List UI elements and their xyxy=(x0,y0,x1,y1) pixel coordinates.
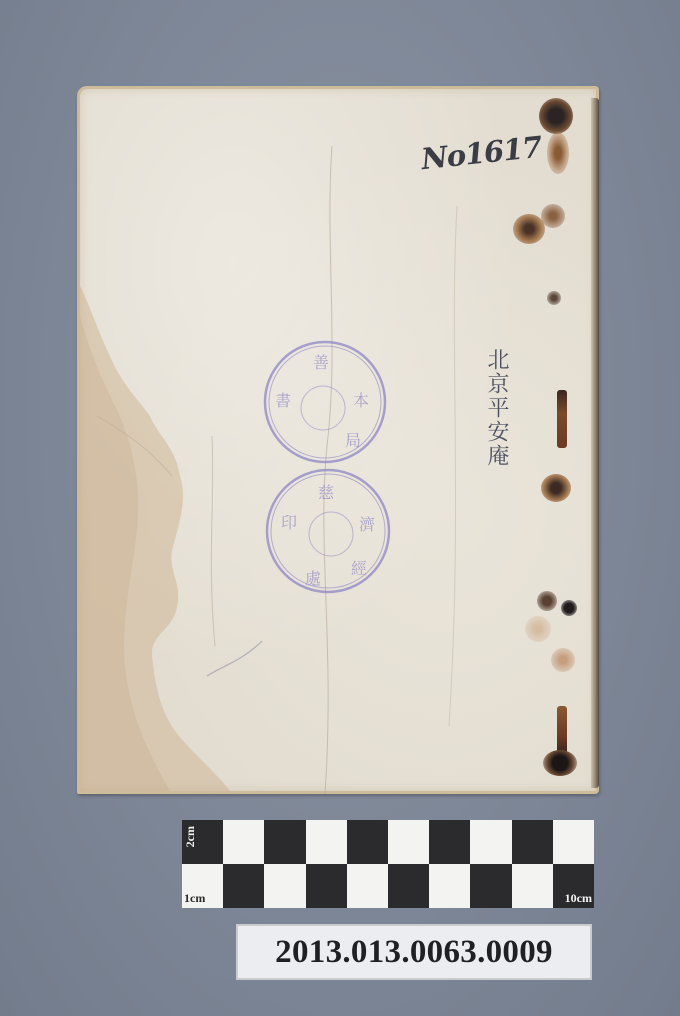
rust-spot xyxy=(513,214,545,244)
scale-label-1cm: 1cm xyxy=(184,891,205,906)
rust-spot xyxy=(541,474,571,502)
rust-spot xyxy=(537,591,557,611)
rust-spot xyxy=(539,98,573,134)
scale-checkerboard xyxy=(182,820,594,908)
rust-spot xyxy=(561,600,577,616)
rust-spot xyxy=(543,750,577,776)
lower-seal-stamp: 慈 濟 印 經 處 xyxy=(263,466,393,596)
scale-label-10cm: 10cm xyxy=(565,891,592,906)
svg-text:處: 處 xyxy=(305,569,321,588)
scale-label-2cm: 2cm xyxy=(183,826,198,847)
rust-spot xyxy=(551,648,575,672)
rusted-staple-upper xyxy=(557,390,567,448)
rust-spot xyxy=(541,204,565,228)
booklet-back-cover: No1617 北京平安庵 善 本 書 局 慈 濟 印 經 處 xyxy=(77,86,599,794)
upper-seal-stamp: 善 本 書 局 xyxy=(261,338,389,466)
svg-text:書: 書 xyxy=(275,391,291,410)
svg-text:慈: 慈 xyxy=(318,483,334,502)
accession-number-label: 2013.013.0063.0009 xyxy=(236,924,592,980)
svg-text:善: 善 xyxy=(313,353,329,372)
svg-text:濟: 濟 xyxy=(359,515,375,534)
svg-text:本: 本 xyxy=(353,391,369,410)
rust-spot xyxy=(547,132,569,174)
svg-text:印: 印 xyxy=(281,513,297,532)
rust-spot xyxy=(547,291,561,305)
svg-text:局: 局 xyxy=(345,431,361,450)
booklet-spine-edge xyxy=(591,98,599,788)
rust-spot xyxy=(525,616,551,642)
handwritten-vertical-inscription: 北京平安庵 xyxy=(467,348,507,468)
svg-text:經: 經 xyxy=(351,559,367,578)
photographic-scale-bar: 2cm 1cm 10cm xyxy=(182,820,594,908)
